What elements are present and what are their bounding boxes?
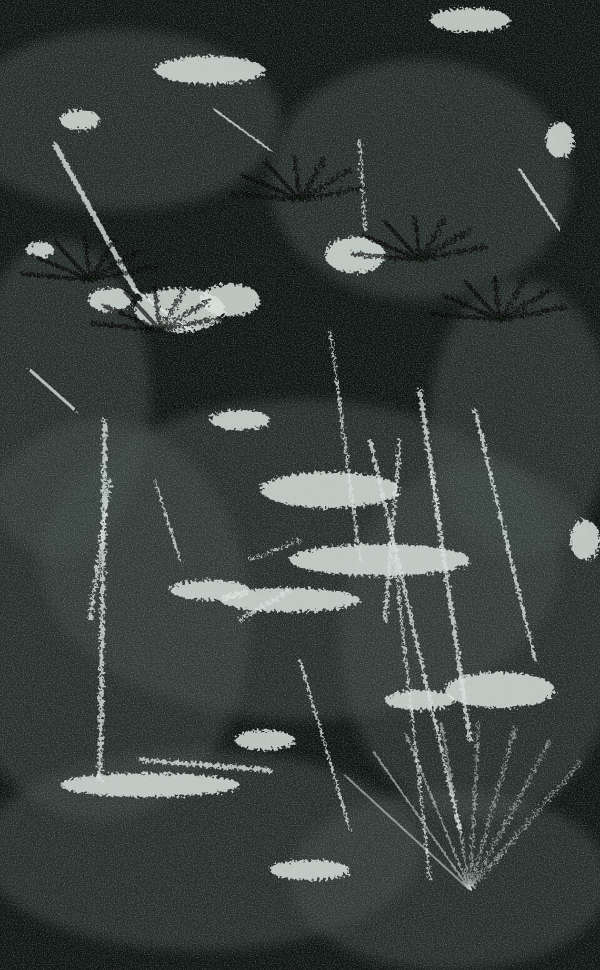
forest-scene	[0, 0, 600, 970]
charcoal-grain-texture	[0, 0, 600, 970]
charcoal-forest-drawing	[0, 0, 600, 970]
